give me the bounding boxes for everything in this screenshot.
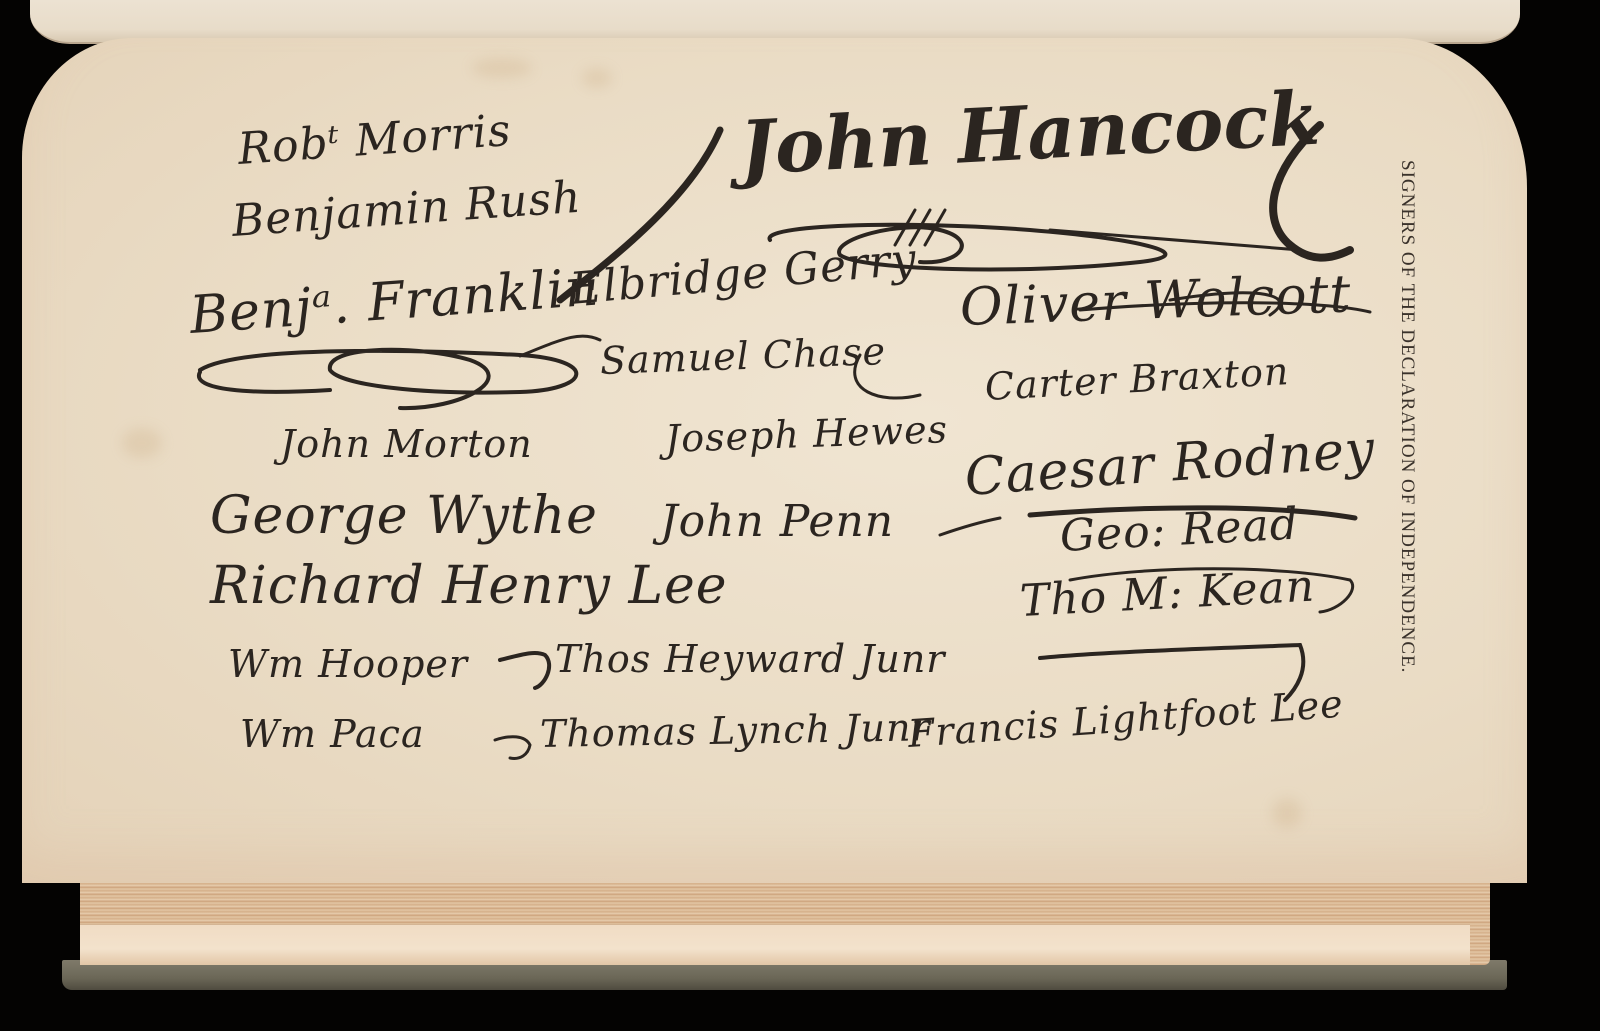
signature-wm-hooper: Wm Hooper <box>228 645 468 683</box>
signature-thomas-lynch-junr: Thomas Lynch Junr <box>540 708 931 753</box>
signature-geo-read: Geo: Read <box>1059 503 1300 559</box>
signature-richard-henry-lee: Richard Henry Lee <box>210 560 728 612</box>
foxing-stain <box>582 68 612 88</box>
signature-samuel-chase: Samuel Chase <box>599 332 886 380</box>
foxing-stain <box>472 58 532 78</box>
signature-john-penn: John Penn <box>660 500 894 544</box>
signature-thos-heyward-junr: Thos Heyward Junr <box>555 640 945 678</box>
signature-oliver-wolcott: Oliver Wolcott <box>959 268 1352 334</box>
book-photo: Robᵗ Morris Benjamin Rush John Hancock B… <box>0 0 1600 1031</box>
signature-joseph-hewes: Joseph Hewes <box>664 410 948 458</box>
page-block-edges <box>80 870 1490 965</box>
signature-wm-paca: Wm Paca <box>240 715 425 753</box>
signature-john-morton: John Morton <box>280 425 533 463</box>
foxing-stain <box>122 428 162 458</box>
foxing-stain <box>1272 798 1302 828</box>
page-caption: SIGNERS OF THE DECLARATION OF INDEPENDEN… <box>1396 160 1418 673</box>
signature-george-wythe: George Wythe <box>210 490 598 542</box>
